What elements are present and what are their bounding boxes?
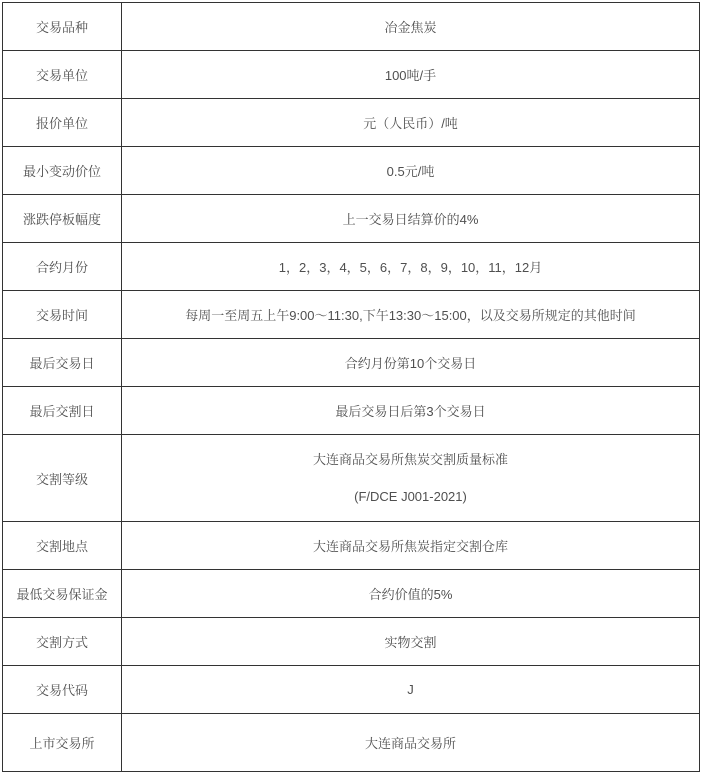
row-value: 100吨/手	[122, 51, 700, 99]
table-row: 最后交易日 合约月份第10个交易日	[3, 339, 700, 387]
row-value: 实物交割	[122, 618, 700, 666]
row-label: 交割地点	[3, 522, 122, 570]
row-value: 每周一至周五上午9:00～11:30,下午13:30～15:00，以及交易所规定…	[122, 291, 700, 339]
row-label: 交割方式	[3, 618, 122, 666]
table-row: 交割等级 大连商品交易所焦炭交割质量标准(F/DCE J001-2021)	[3, 435, 700, 522]
table-row: 交易代码 J	[3, 666, 700, 714]
row-label: 最后交易日	[3, 339, 122, 387]
row-value: 最后交易日后第3个交易日	[122, 387, 700, 435]
row-value: 元（人民币）/吨	[122, 99, 700, 147]
table-row: 合约月份 1，2，3，4，5，6，7，8，9，10，11，12月	[3, 243, 700, 291]
row-label: 交易代码	[3, 666, 122, 714]
table-row: 交易时间 每周一至周五上午9:00～11:30,下午13:30～15:00，以及…	[3, 291, 700, 339]
row-label: 涨跌停板幅度	[3, 195, 122, 243]
row-value: 上一交易日结算价的4%	[122, 195, 700, 243]
row-label: 报价单位	[3, 99, 122, 147]
row-value: 大连商品交易所焦炭交割质量标准(F/DCE J001-2021)	[122, 435, 700, 522]
table-row: 交割地点 大连商品交易所焦炭指定交割仓库	[3, 522, 700, 570]
table-row: 涨跌停板幅度 上一交易日结算价的4%	[3, 195, 700, 243]
row-label: 最小变动价位	[3, 147, 122, 195]
row-value: 冶金焦炭	[122, 3, 700, 51]
table-row: 最小变动价位 0.5元/吨	[3, 147, 700, 195]
table-row: 交易单位 100吨/手	[3, 51, 700, 99]
row-value: J	[122, 666, 700, 714]
row-label: 交易品种	[3, 3, 122, 51]
row-label: 上市交易所	[3, 714, 122, 772]
row-label: 交易时间	[3, 291, 122, 339]
row-value: 大连商品交易所焦炭指定交割仓库	[122, 522, 700, 570]
row-label: 最后交割日	[3, 387, 122, 435]
row-value: 1，2，3，4，5，6，7，8，9，10，11，12月	[122, 243, 700, 291]
table-row: 上市交易所 大连商品交易所	[3, 714, 700, 772]
row-label: 交割等级	[3, 435, 122, 522]
row-value-line: (F/DCE J001-2021)	[132, 478, 689, 515]
table-row: 交易品种 冶金焦炭	[3, 3, 700, 51]
table-row: 最低交易保证金 合约价值的5%	[3, 570, 700, 618]
row-value-line: 大连商品交易所焦炭交割质量标准	[132, 441, 689, 478]
row-label: 最低交易保证金	[3, 570, 122, 618]
futures-contract-spec-table: 交易品种 冶金焦炭 交易单位 100吨/手 报价单位 元（人民币）/吨 最小变动…	[2, 2, 700, 772]
table-row: 交割方式 实物交割	[3, 618, 700, 666]
row-label: 合约月份	[3, 243, 122, 291]
table-row: 最后交割日 最后交易日后第3个交易日	[3, 387, 700, 435]
row-value: 合约价值的5%	[122, 570, 700, 618]
contract-table-body: 交易品种 冶金焦炭 交易单位 100吨/手 报价单位 元（人民币）/吨 最小变动…	[3, 3, 700, 772]
row-value: 合约月份第10个交易日	[122, 339, 700, 387]
row-label: 交易单位	[3, 51, 122, 99]
table-row: 报价单位 元（人民币）/吨	[3, 99, 700, 147]
row-value: 大连商品交易所	[122, 714, 700, 772]
row-value: 0.5元/吨	[122, 147, 700, 195]
